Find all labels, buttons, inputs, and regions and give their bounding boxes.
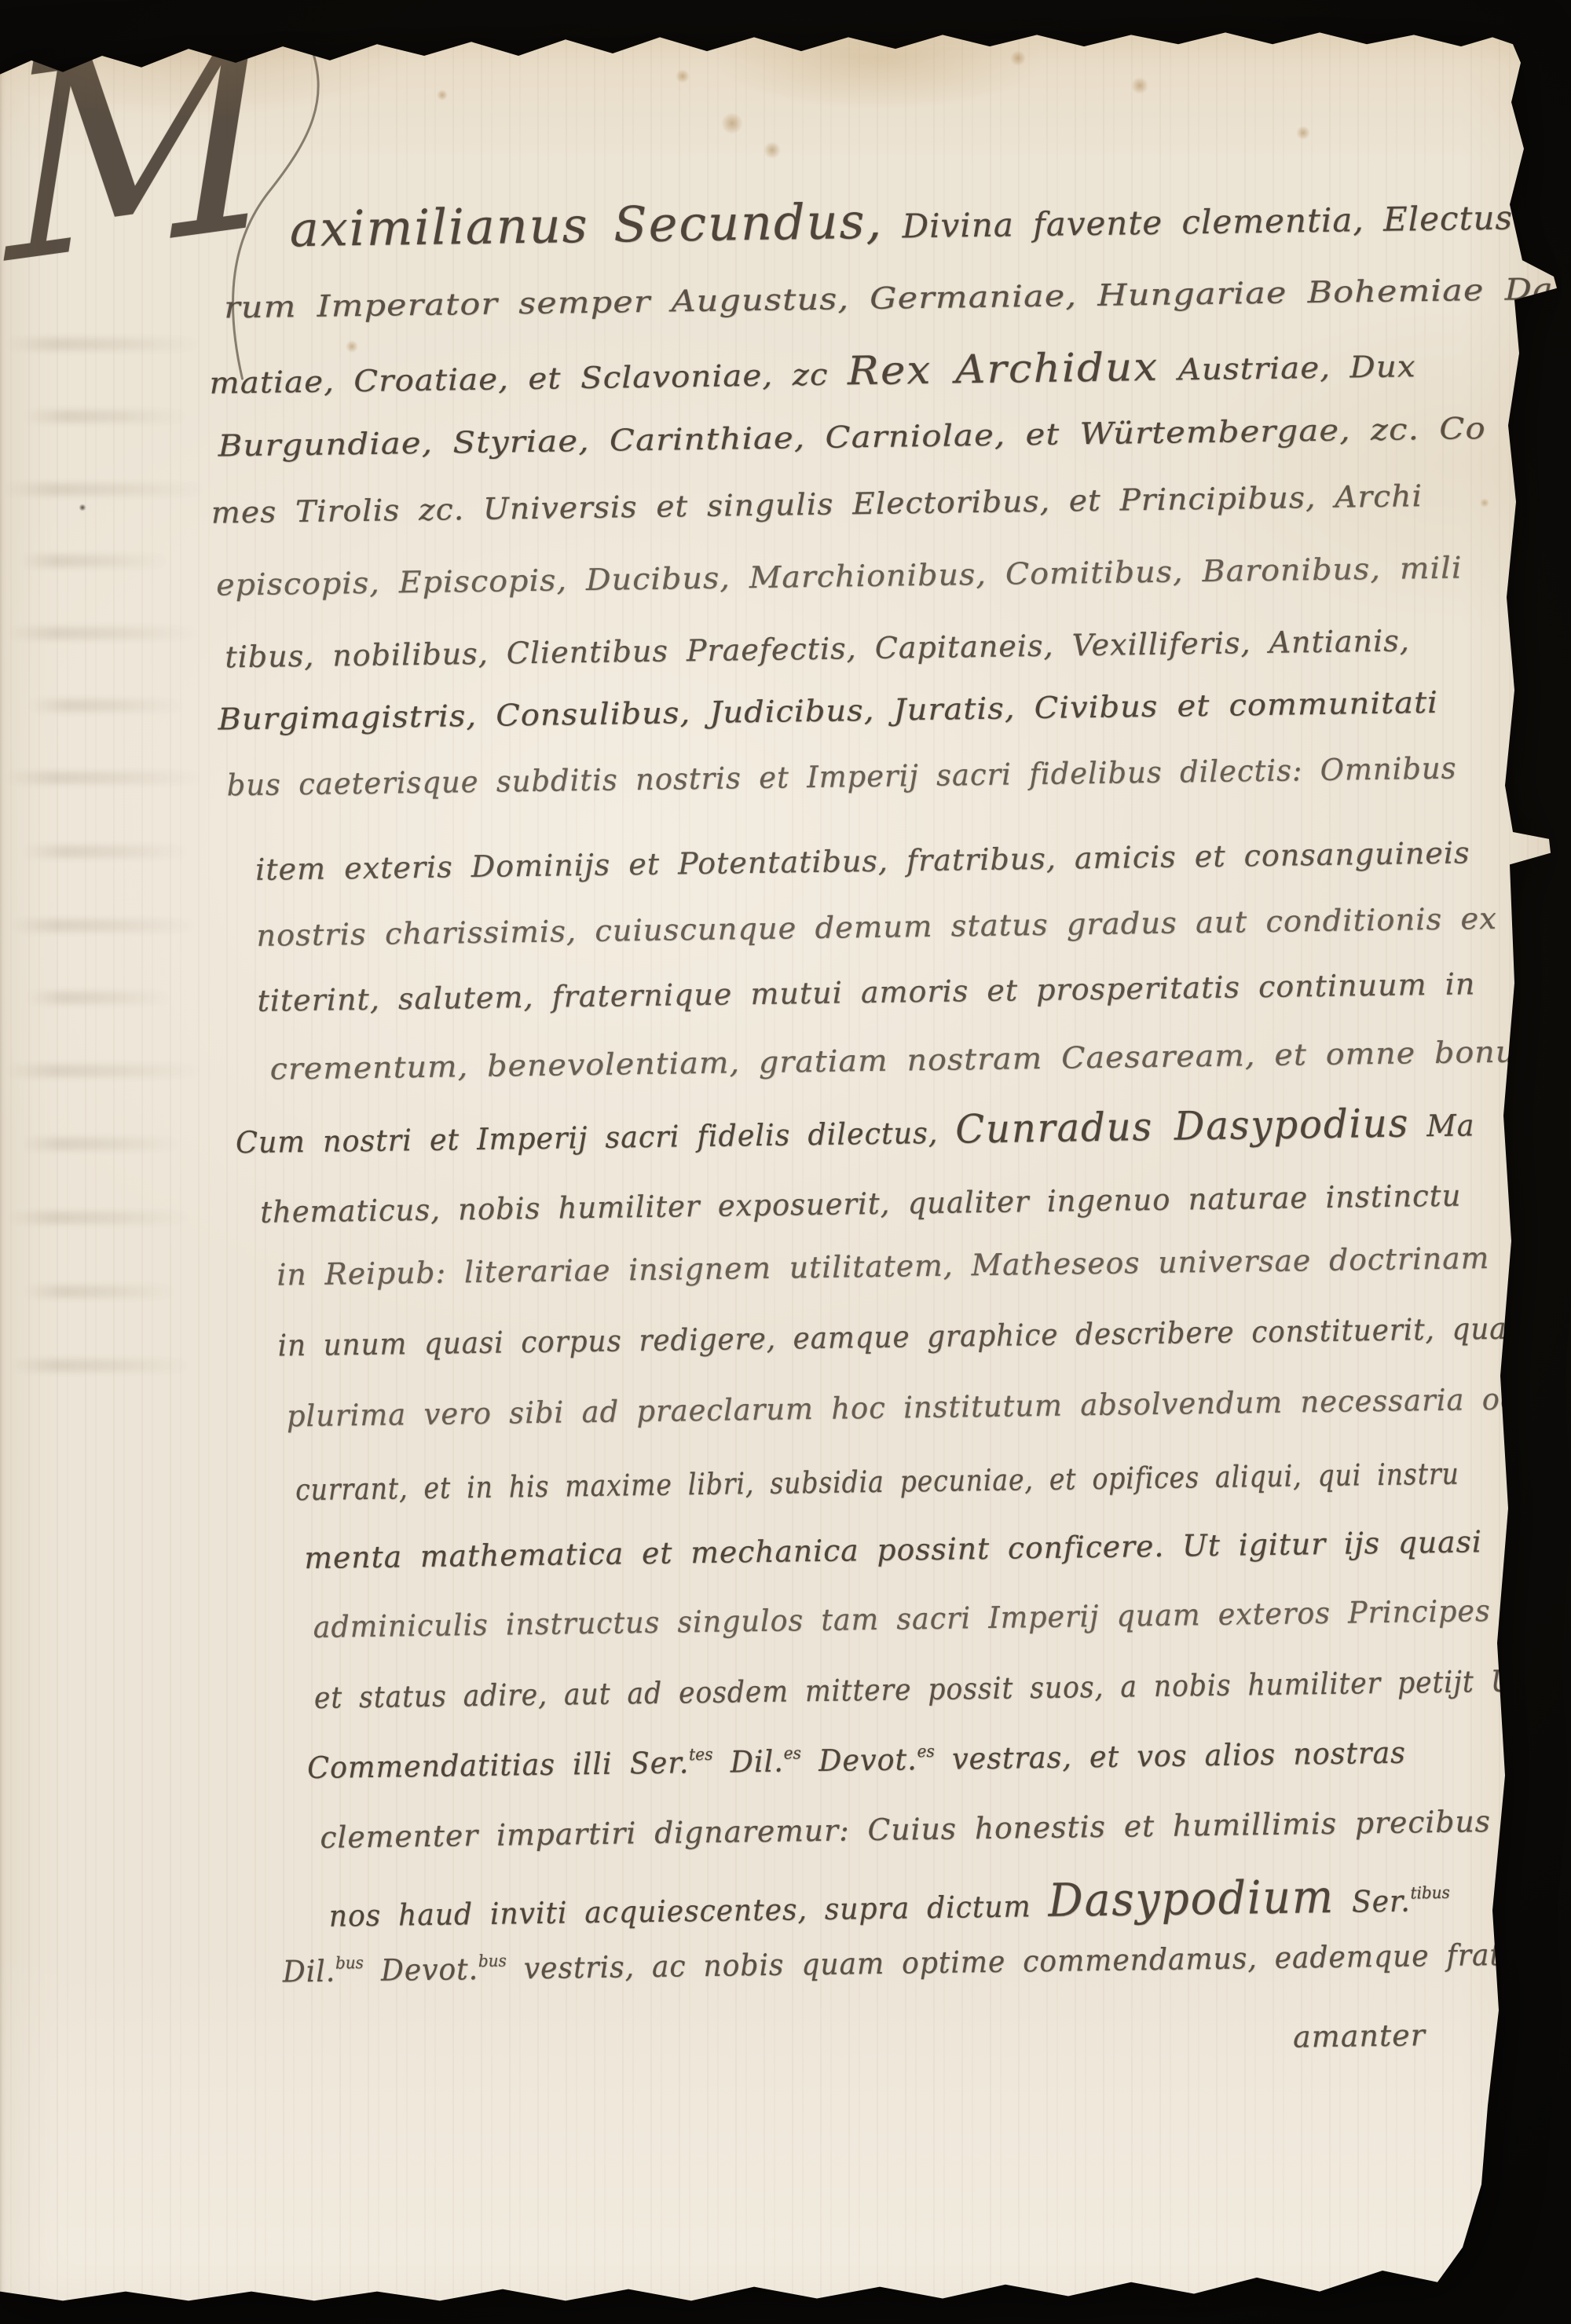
foxing-spot — [1480, 498, 1489, 508]
abbreviation-superscript: tes — [689, 1745, 713, 1764]
manuscript-line-text: matiae, Croatiae, et Sclavoniae, zc Rex … — [209, 343, 1416, 399]
manuscript-line: bus caeterisque subditis nostris et Impe… — [226, 753, 1495, 801]
manuscript-line: episcopis, Episcopis, Ducibus, Marchioni… — [216, 553, 1415, 599]
manuscript-line: rum Imperator semper Augustus, Germaniae… — [224, 276, 1412, 322]
manuscript-line: item exteris Dominijs et Potentatibus, f… — [255, 838, 1470, 885]
line-segment: Dil. — [712, 1744, 784, 1780]
bleed-through-mark — [24, 1285, 177, 1298]
line-segment: Devot. — [364, 1952, 479, 1988]
bleed-through-mark — [6, 338, 203, 350]
manuscript-line: menta mathematica et mechanica possint c… — [304, 1527, 1494, 1573]
manuscript-line: clementer impartiri dignaremur: Cuius ho… — [320, 1806, 1503, 1853]
manuscript-line-text: item exteris Dominijs et Potentatibus, f… — [255, 838, 1470, 885]
manuscript-line: crementum, benevolentiam, gratiam nostra… — [269, 1037, 1507, 1084]
bleed-through-mark — [19, 555, 168, 567]
manuscript-line: et status adire, aut ad eosdem mittere p… — [314, 1664, 1571, 1713]
manuscript-line-text: in Reipub: literariae insignem utilitate… — [276, 1243, 1489, 1290]
line-segment: Commendatitias illi Ser. — [307, 1745, 690, 1785]
foxing-spot — [346, 340, 358, 353]
initial-flourish — [31, 22, 367, 435]
bleed-through-mark — [6, 1065, 203, 1077]
manuscript-line-text: Cum nostri et Imperij sacri fidelis dile… — [236, 1102, 1475, 1159]
bleed-through-mark — [11, 1359, 192, 1372]
line-segment: Dil. — [282, 1954, 335, 1989]
bleed-through-mark — [27, 992, 172, 1004]
manuscript-line: Dil.bus Devot.bus vestris, ac nobis quam… — [283, 1937, 1571, 1986]
abbreviation-superscript: bus — [335, 1953, 364, 1972]
foxing-spot — [1296, 126, 1310, 140]
ink-fleck — [79, 504, 86, 511]
manuscript-line-text: tibus, nobilibus, Clientibus Praefectis,… — [225, 625, 1410, 672]
line-segment: Cum nostri et Imperij sacri fidelis dile… — [236, 1115, 956, 1160]
manuscript-line: Commendatitias illi Ser.tes Dil.es Devot… — [307, 1736, 1452, 1783]
manuscript-line: nostris charissimis, cuiuscunque demum s… — [256, 904, 1485, 951]
manuscript-line-text: Dil.bus Devot.bus vestris, ac nobis quam… — [283, 1938, 1571, 1987]
manuscript-line: plurima vero sibi ad praeclarum hoc inst… — [287, 1384, 1556, 1431]
paper-shadow-wrap: M aximilianus Secundus, Divina favente c… — [0, 0, 1571, 2324]
manuscript-page: M aximilianus Secundus, Divina favente c… — [0, 0, 1571, 2324]
manuscript-line-text: nostris charissimis, cuiuscunque demum s… — [256, 904, 1497, 951]
line-segment: Devot. — [801, 1742, 917, 1778]
manuscript-line: mes Tirolis zc. Universis et singulis El… — [211, 482, 1388, 528]
manuscript-line: Burgimagistris, Consulibus, Judicibus, J… — [218, 688, 1380, 735]
line-segment: Austriae, Dux — [1159, 349, 1416, 387]
abbreviation-superscript: es — [917, 1742, 935, 1761]
line-segment: nos haud inviti acquiescentes, supra dic… — [329, 1889, 1049, 1934]
bleed-through-mark — [9, 919, 198, 932]
manuscript-line-text: titerint, salutem, fraternique mutui amo… — [257, 969, 1475, 1016]
royal-title: Rex Archidux — [848, 344, 1159, 394]
manuscript-photo: M aximilianus Secundus, Divina favente c… — [0, 0, 1571, 2324]
manuscript-line-text: crementum, benevolentiam, gratiam nostra… — [269, 1036, 1557, 1084]
manuscript-line-text: rum Imperator semper Augustus, Germaniae… — [224, 274, 1566, 323]
manuscript-line: in Reipub: literariae insignem utilitate… — [276, 1243, 1502, 1290]
foxing-spot — [676, 69, 690, 83]
manuscript-line-text: bus caeterisque subditis nostris et Impe… — [226, 753, 1456, 801]
line-segment: Ma — [1409, 1108, 1475, 1143]
person-name-dasypodius: Cunradus Dasypodius — [955, 1100, 1410, 1152]
manuscript-line-text: currant, et in his maxime libri, subsidi… — [295, 1459, 1459, 1505]
manuscript-line-text: thematicus, nobis humiliter exposuerit, … — [260, 1181, 1461, 1227]
manuscript-line-text: adminiculis instructus singulos tam sacr… — [313, 1596, 1490, 1642]
manuscript-line-text: menta mathematica et mechanica possint c… — [304, 1527, 1482, 1573]
foxing-spot — [1010, 50, 1026, 66]
foxing-spot — [1131, 77, 1148, 94]
manuscript-line-text: clementer impartiri dignaremur: Cuius ho… — [320, 1806, 1491, 1853]
foxing-spot — [721, 112, 743, 134]
person-name-dasypodium: Dasypodium — [1048, 1870, 1335, 1927]
manuscript-line: matiae, Croatiae, et Sclavoniae, zc Rex … — [209, 344, 1348, 399]
manuscript-line: Cum nostri et Imperij sacri fidelis dile… — [236, 1102, 1527, 1159]
manuscript-line-text: nos haud inviti acquiescentes, supra dic… — [328, 1872, 1450, 1934]
manuscript-line-text: Burgimagistris, Consulibus, Judicibus, J… — [218, 687, 1438, 735]
manuscript-line: in unum quasi corpus redigere, eamque gr… — [277, 1312, 1571, 1361]
manuscript-line-text: Burgundiae, Styriae, Carinthiae, Carniol… — [218, 413, 1486, 461]
bleed-through-mark — [28, 699, 185, 712]
illuminated-initial-M: M — [1, 0, 280, 302]
foxing-spot — [764, 141, 781, 159]
abbreviation-superscript: bus — [478, 1952, 507, 1970]
line-segment: matiae, Croatiae, et Sclavoniae, zc — [209, 357, 848, 400]
manuscript-line-text: aximilianus Secundus, Divina favente cle… — [289, 186, 1571, 255]
manuscript-line-text: et status adire, aut ad eosdem mittere p… — [314, 1666, 1526, 1713]
bleed-through-mark — [24, 410, 189, 423]
line-segment: Divina favente clementia, Electus Romano — [883, 196, 1571, 246]
manuscript-line-text: in unum quasi corpus redigere, eamque gr… — [277, 1313, 1534, 1360]
manuscript-line: nos haud inviti acquiescentes, supra dic… — [328, 1871, 1509, 1934]
bleed-through-mark — [22, 845, 191, 858]
manuscript-line: tibus, nobilibus, Clientibus Praefectis,… — [225, 625, 1410, 672]
manuscript-line: Burgundiae, Styriae, Carinthiae, Carniol… — [218, 415, 1371, 460]
manuscript-line-text: Commendatitias illi Ser.tes Dil.es Devot… — [307, 1737, 1406, 1783]
manuscript-line: thematicus, nobis humiliter exposuerit, … — [260, 1180, 1499, 1227]
manuscript-line-text: mes Tirolis zc. Universis et singulis El… — [211, 481, 1423, 528]
line-segment: vestris, ac nobis quam optime commendamu… — [507, 1937, 1571, 1986]
bleed-through-mark — [5, 772, 205, 784]
bleed-through-mark — [8, 627, 200, 640]
abbreviation-superscript: es — [783, 1743, 801, 1762]
manuscript-line-text: episcopis, Episcopis, Ducibus, Marchioni… — [216, 552, 1463, 599]
foxing-spot — [437, 90, 448, 101]
line-segment: Ser. — [1335, 1883, 1411, 1919]
manuscript-line: titerint, salutem, fraternique mutui amo… — [257, 969, 1475, 1016]
manuscript-line: aximilianus Secundus, Divina favente cle… — [289, 186, 1571, 255]
closing-word: amanter — [1293, 2020, 1426, 2051]
opening-name: aximilianus Secundus, — [289, 192, 883, 258]
bleed-through-mark — [3, 483, 207, 496]
manuscript-line-text: amanter — [1293, 2020, 1426, 2051]
line-segment: vestras, et vos alios nostras — [935, 1736, 1406, 1776]
manuscript-text: M aximilianus Secundus, Divina favente c… — [0, 0, 1571, 2324]
bleed-through-mark — [20, 1138, 181, 1150]
manuscript-line: currant, et in his maxime libri, subsidi… — [295, 1456, 1571, 1505]
manuscript-line: adminiculis instructus singulos tam sacr… — [313, 1595, 1540, 1642]
bleed-through-mark — [8, 1211, 192, 1224]
manuscript-line-text: plurima vero sibi ad praeclarum hoc inst… — [287, 1384, 1518, 1431]
abbreviation-superscript: tibus — [1410, 1883, 1450, 1903]
